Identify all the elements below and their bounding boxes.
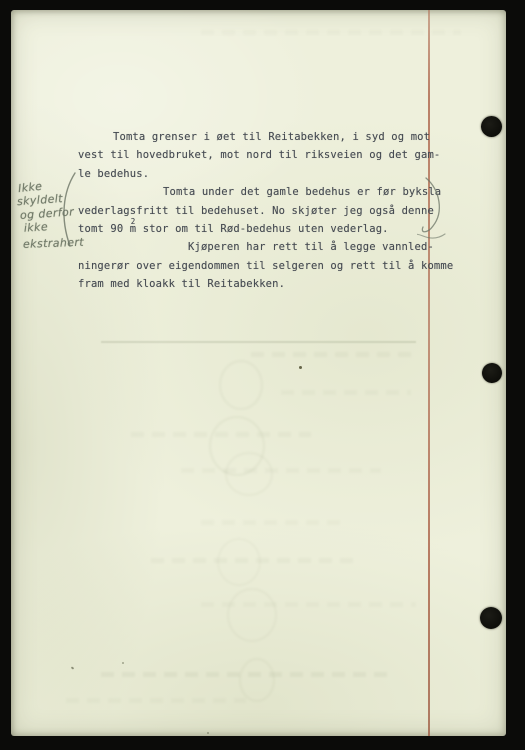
ghost-ring [219,360,263,410]
ghost-line [281,390,411,395]
typed-text: stor om til Rød-bedehus uten vederlag. [136,223,388,235]
typed-line: le bedehus. [78,165,468,183]
ink-speck [71,666,75,669]
square-meter-notation: 2m [130,220,136,238]
ghost-ring [217,538,261,586]
typed-line: fram med kloakk til Reitabekken. [78,275,468,293]
typed-line: vest til hovedbruket, mot nord til riksv… [78,146,468,164]
typed-line-square-meters: tomt 90 2m stor om til Rød-bedehus uten … [78,220,468,238]
ink-speck [207,732,209,734]
typed-text-block: Tomta grenser i øet til Reitabekken, i s… [78,128,468,294]
ghost-line [66,698,246,703]
ghost-line [201,30,461,35]
superscript-two: 2 [130,213,136,231]
typed-line: ningerør over eigendommen til selgeren o… [78,257,468,275]
punch-hole-bottom [480,607,502,629]
ghost-line [181,468,381,473]
ghost-rule [101,341,416,343]
scan-canvas: Tomta grenser i øet til Reitabekken, i s… [0,0,525,750]
typed-line: Tomta under det gamle bedehus er før byk… [78,183,468,201]
ghost-ring [227,588,277,642]
ghost-ring [239,658,275,702]
punch-hole-top [481,116,502,137]
ink-speck [122,662,124,664]
handwritten-left-bracket-icon [57,170,79,250]
paper-page: Tomta grenser i øet til Reitabekken, i s… [11,10,506,736]
handwritten-right-bracket-icon [417,176,449,246]
ghost-line [201,520,341,525]
ghost-line [251,352,411,357]
typed-line: Tomta grenser i øet til Reitabekken, i s… [78,128,468,146]
ink-speck [299,366,302,369]
ghost-ring [225,452,273,496]
typed-line: Kjøperen har rett til å legge vannled- [78,238,468,256]
typed-text: tomt 90 [78,223,130,235]
typed-line: vederlagsfritt til bedehuset. No skjøter… [78,202,468,220]
red-margin-line [428,10,430,736]
